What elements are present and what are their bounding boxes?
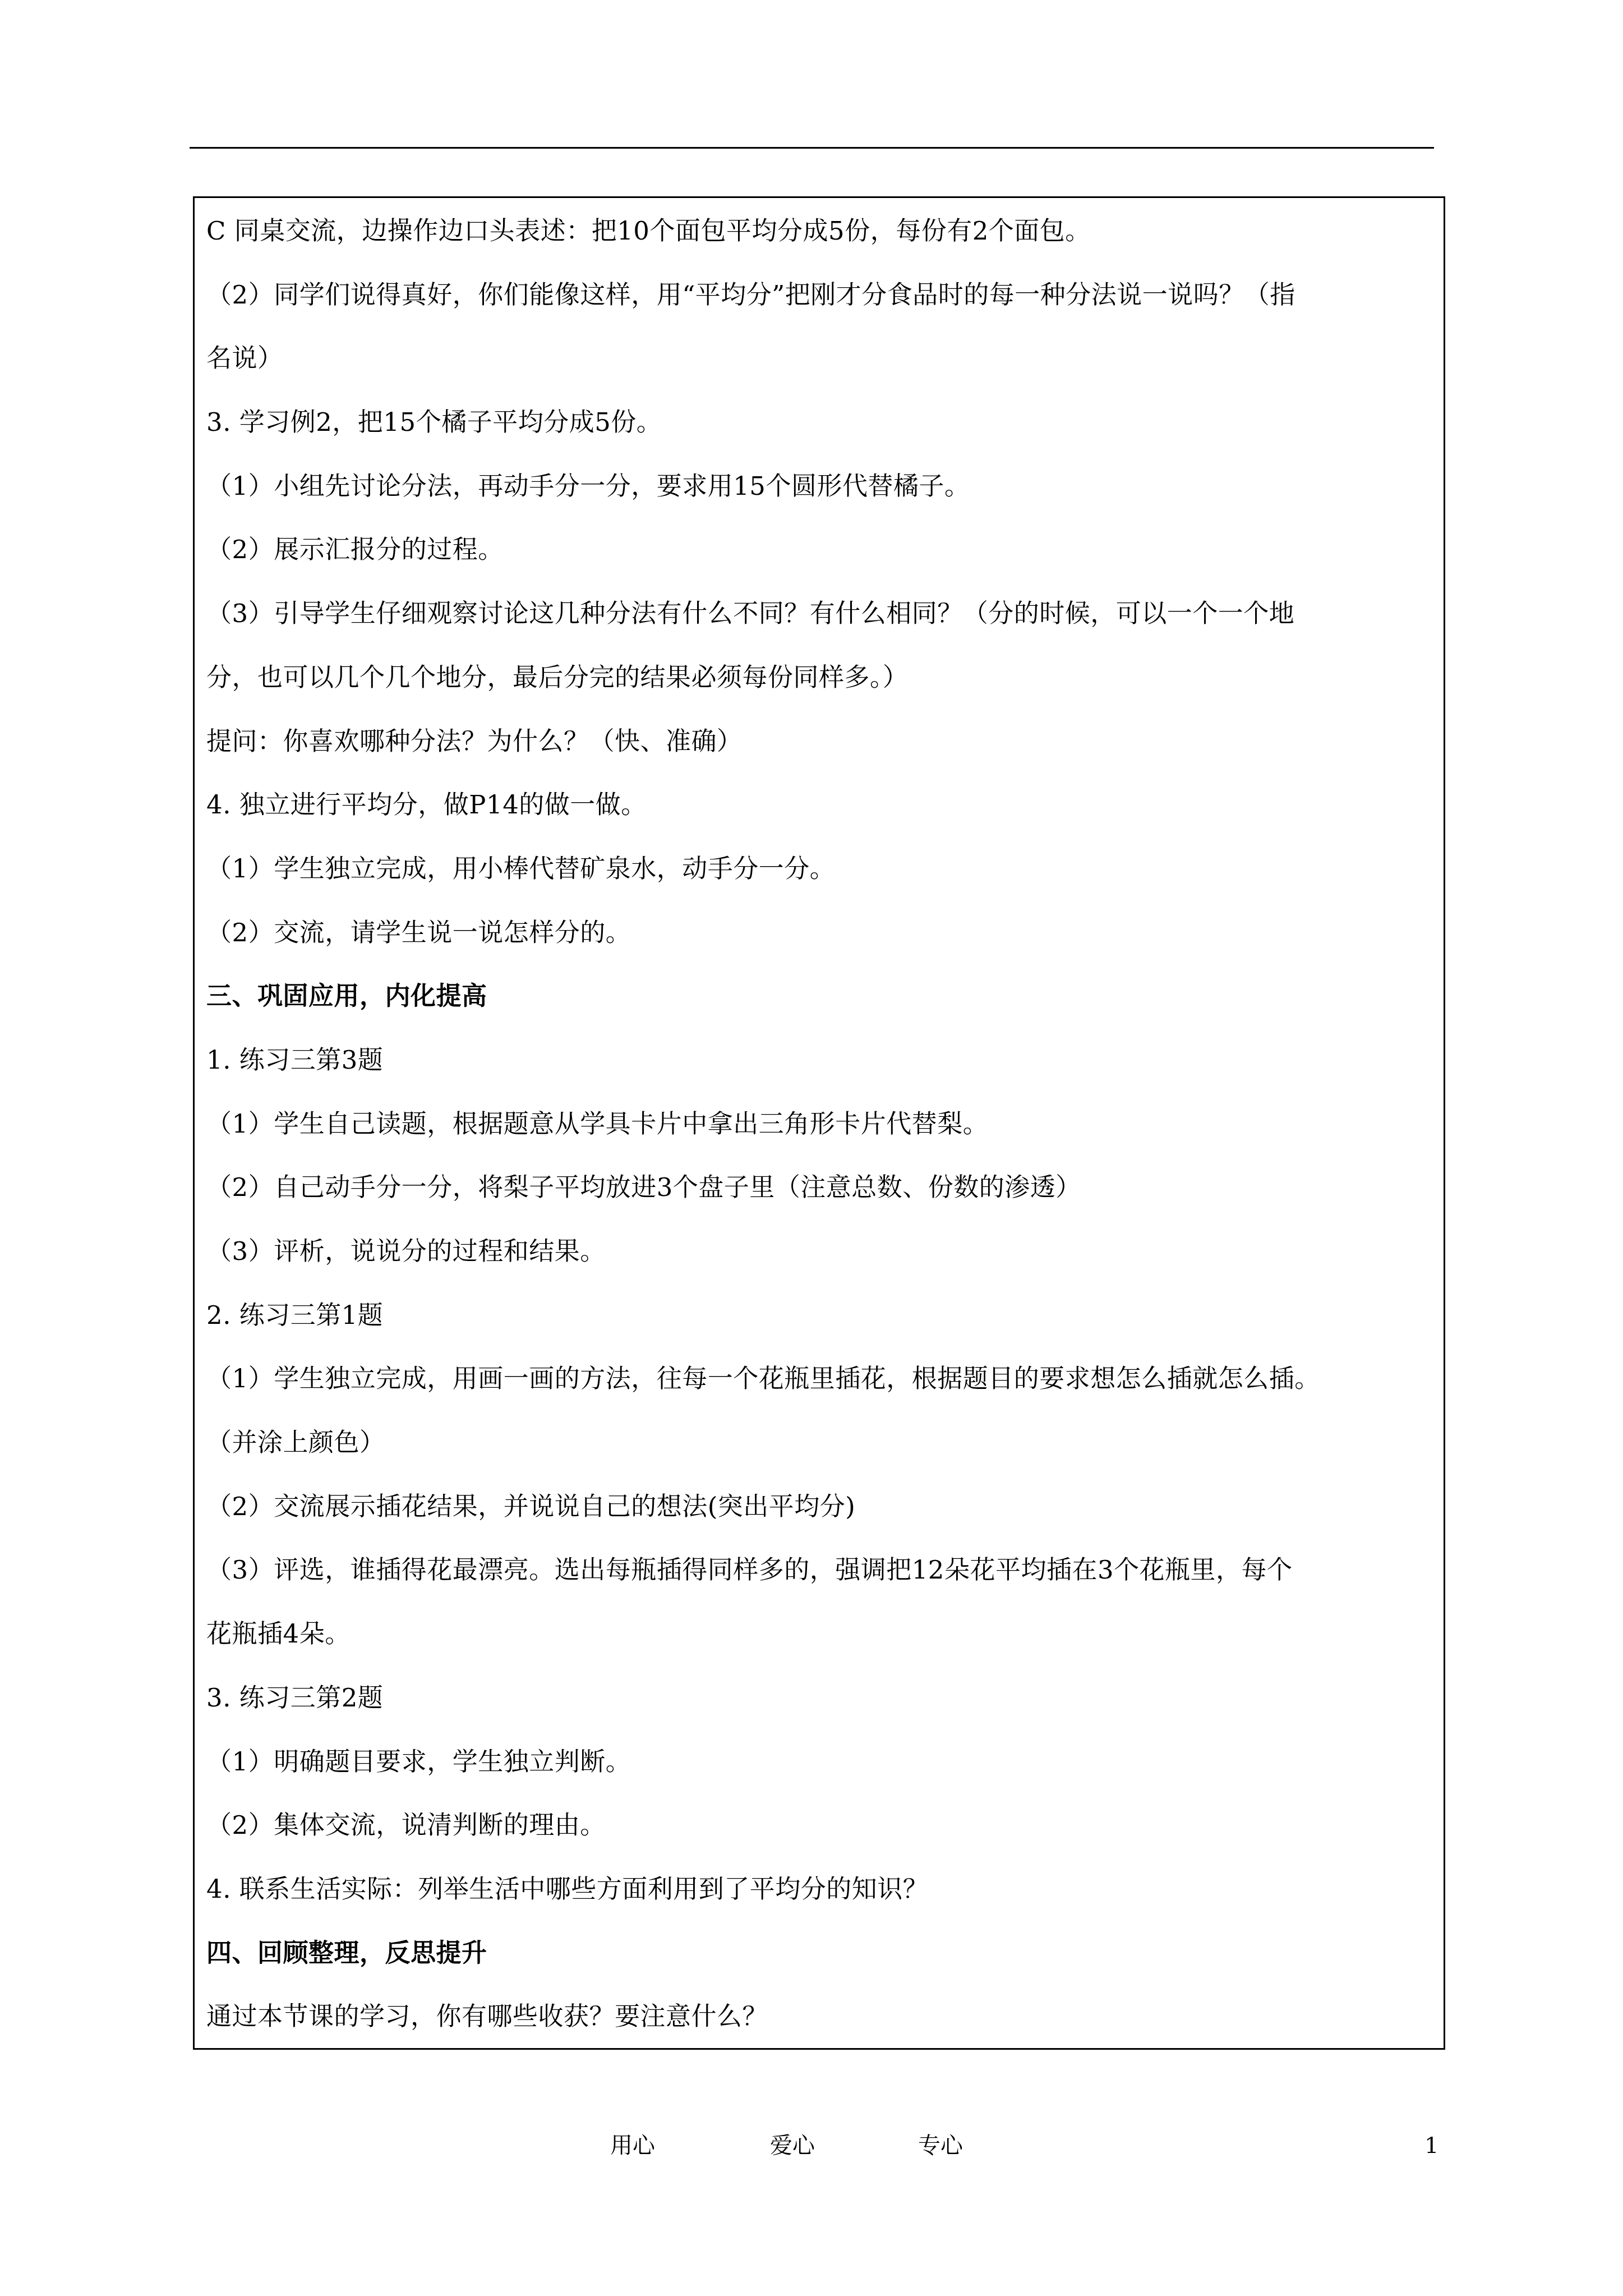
- page-number: 1: [1424, 2132, 1438, 2160]
- footer-motto-3: 专心: [918, 2132, 963, 2160]
- text-line: （2）交流展示插花结果，并说说自己的想法(突出平均分): [206, 1475, 1438, 1539]
- text-line: 4. 联系生活实际：列举生活中哪些方面利用到了平均分的知识？: [206, 1857, 1438, 1921]
- text-line: （2）集体交流，说清判断的理由。: [206, 1793, 1438, 1857]
- lesson-content-box: C 同桌交流，边操作边口头表述：把10个面包平均分成5份，每份有2个面包。 （2…: [193, 196, 1445, 2050]
- text-line: 提问：你喜欢哪种分法？为什么？（快、准确）: [206, 710, 1438, 774]
- text-line: C 同桌交流，边操作边口头表述：把10个面包平均分成5份，每份有2个面包。: [206, 199, 1438, 263]
- text-line: （3）评析，说说分的过程和结果。: [206, 1220, 1438, 1283]
- text-line: 通过本节课的学习，你有哪些收获？要注意什么？: [206, 1985, 1438, 2049]
- text-line: （2）同学们说得真好，你们能像这样，用“平均分”把刚才分食品时的每一种分法说一说…: [206, 263, 1438, 327]
- text-line: （1）小组先讨论分法，再动手分一分，要求用15个圆形代替橘子。: [206, 454, 1438, 518]
- text-line: （1）明确题目要求，学生独立判断。: [206, 1730, 1438, 1794]
- text-line: 3. 学习例2，把15个橘子平均分成5份。: [206, 390, 1438, 454]
- text-line: （并涂上颜色）: [206, 1411, 1438, 1475]
- page-footer: 用心 爱心 专心 1: [0, 2132, 1623, 2160]
- section-heading: 四、回顾整理，反思提升: [206, 1921, 1438, 1985]
- text-line: （1）学生独立完成，用画一画的方法，往每一个花瓶里插花，根据题目的要求想怎么插就…: [206, 1347, 1438, 1411]
- text-line: （2）交流，请学生说一说怎样分的。: [206, 901, 1438, 965]
- text-line: 4. 独立进行平均分，做P14的做一做。: [206, 773, 1438, 837]
- text-line: 1. 练习三第3题: [206, 1028, 1438, 1092]
- text-line: （2）自己动手分一分，将梨子平均放进3个盘子里（注意总数、份数的渗透）: [206, 1156, 1438, 1220]
- section-heading: 三、巩固应用，内化提高: [206, 964, 1438, 1028]
- footer-motto-1: 用心: [610, 2132, 655, 2160]
- text-line: 名说）: [206, 326, 1438, 390]
- text-line: 分，也可以几个几个地分，最后分完的结果必须每份同样多。）: [206, 646, 1438, 710]
- text-line: （3）评选，谁插得花最漂亮。选出每瓶插得同样多的，强调把12朵花平均插在3个花瓶…: [206, 1538, 1438, 1602]
- text-line: 3. 练习三第2题: [206, 1666, 1438, 1730]
- text-line: （3）引导学生仔细观察讨论这几种分法有什么不同？有什么相同？（分的时候，可以一个…: [206, 582, 1438, 646]
- text-line: （1）学生自己读题，根据题意从学具卡片中拿出三角形卡片代替梨。: [206, 1092, 1438, 1156]
- text-line: 2. 练习三第1题: [206, 1283, 1438, 1347]
- text-line: （2）展示汇报分的过程。: [206, 518, 1438, 582]
- text-line: （1）学生独立完成，用小棒代替矿泉水，动手分一分。: [206, 837, 1438, 901]
- lesson-text: C 同桌交流，边操作边口头表述：把10个面包平均分成5份，每份有2个面包。 （2…: [206, 199, 1438, 2049]
- text-line: 花瓶插4朵。: [206, 1602, 1438, 1666]
- header-rule: [190, 147, 1434, 149]
- footer-motto-2: 爱心: [770, 2132, 815, 2160]
